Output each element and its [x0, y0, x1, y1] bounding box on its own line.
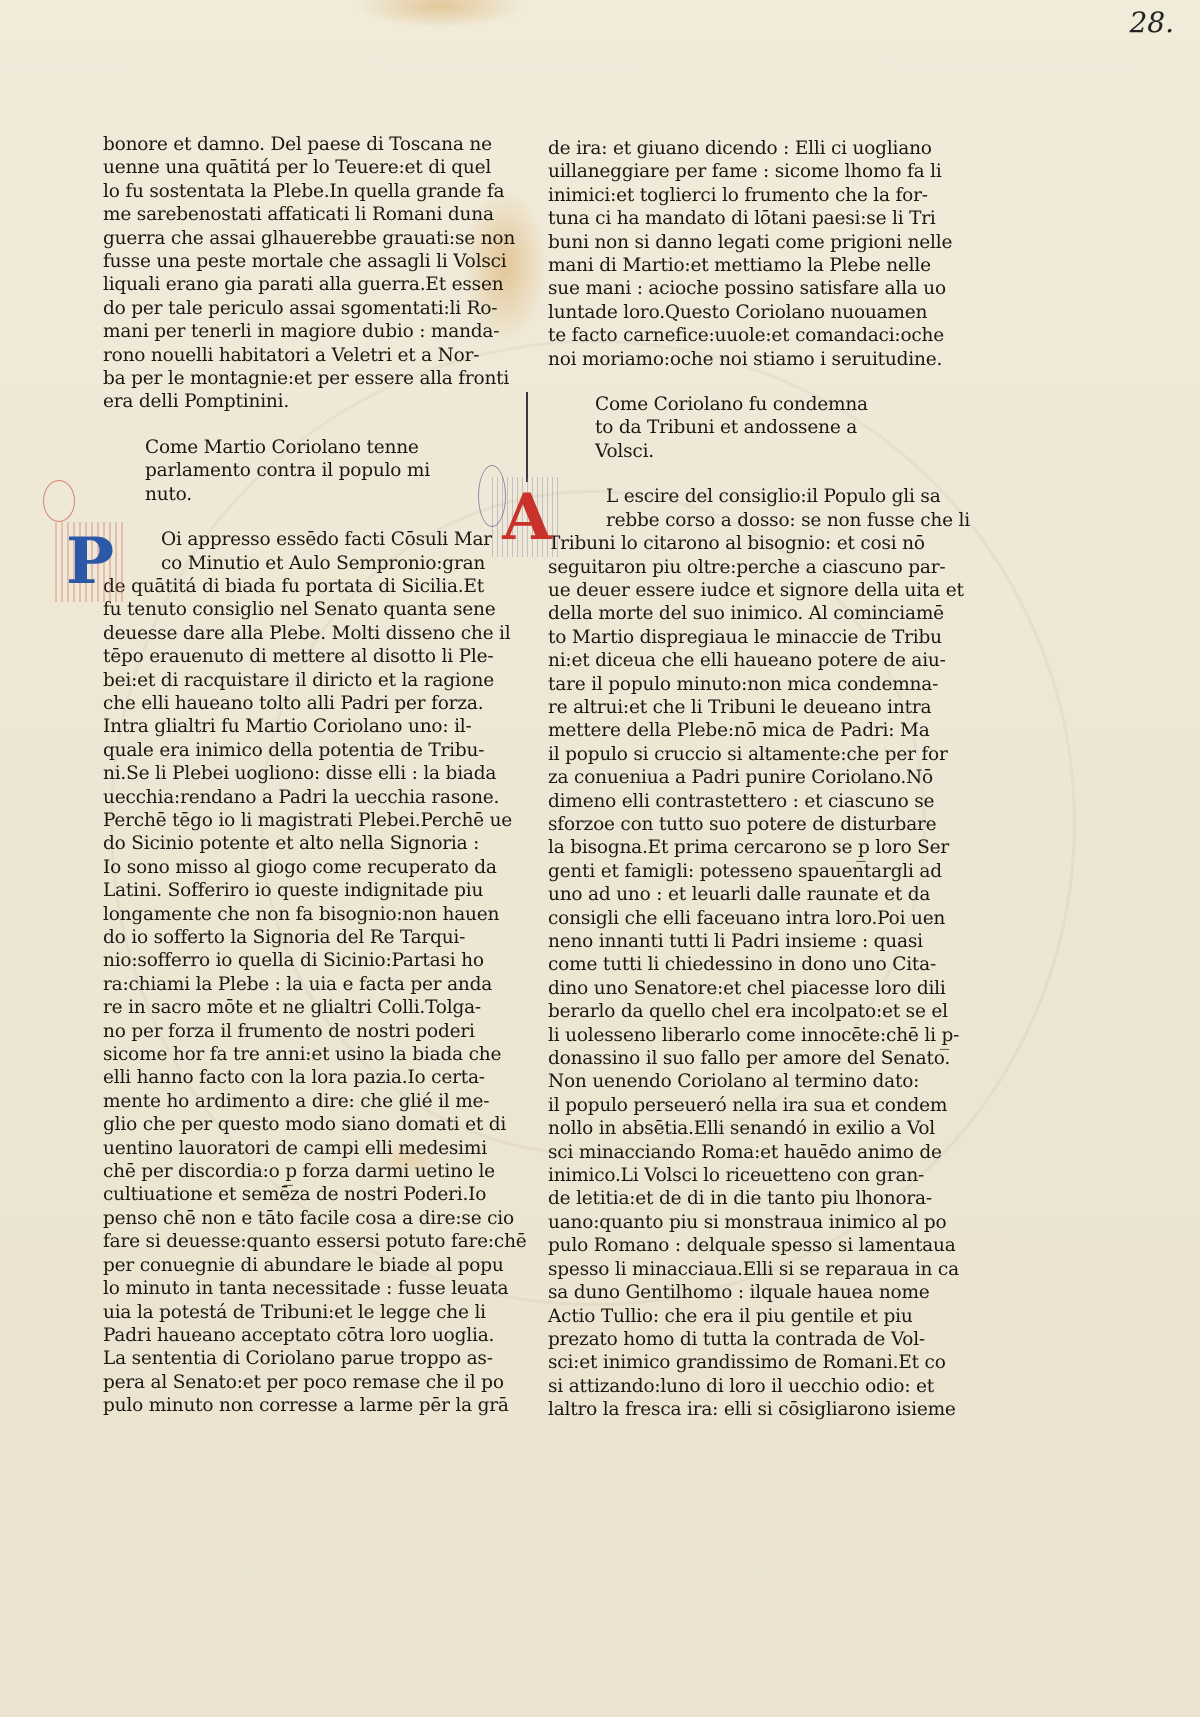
text-line: nio:sofferro io quella di Sicinio:Partas…: [103, 949, 463, 972]
text-line: luntade loro.Questo Coriolano nuouamen: [548, 301, 908, 324]
text-line: per conuegnie di abundare le biade al po…: [103, 1254, 463, 1277]
text-line: tuna ci ha mandato di lōtani paesi:se li…: [548, 207, 908, 230]
margin-rule: [526, 392, 528, 482]
text-line: mettere della Plebe:nō mica de Padri: Ma: [548, 719, 908, 742]
text-line: Oi appresso essēdo facti Cōsuli Mar: [103, 528, 463, 551]
text-line: parlamento contra il populo mi: [145, 459, 463, 482]
text-line: mani di Martio:et mettiamo la Plebe nell…: [548, 254, 908, 277]
text-line: guerra che assai glhauerebbe grauati:se …: [103, 227, 463, 250]
text-line: della morte del suo inimico. Al comincia…: [548, 602, 908, 625]
text-line: il populo si cruccio si altamente:che pe…: [548, 743, 908, 766]
text-line: za conueniua a Padri punire Coriolano.Nō: [548, 766, 908, 789]
text-line: Actio Tullio: che era il piu gentile et …: [548, 1305, 908, 1328]
text-line: to da Tribuni et andossene a: [595, 416, 908, 439]
text-line: pulo minuto non corresse a larme pēr la …: [103, 1394, 463, 1417]
text-line: laltro la fresca ira: elli si cōsigliaro…: [548, 1398, 908, 1421]
text-line: Latini. Sofferiro io queste indignitade …: [103, 879, 463, 902]
text-line: uano:quanto piu si monstraua inimico al …: [548, 1211, 908, 1234]
text-line: elli hanno facto con la lora pazia.Io ce…: [103, 1066, 463, 1089]
text-line: consigli che elli faceuano intra loro.Po…: [548, 907, 908, 930]
text-line: li uolesseno liberarlo come innocēte:chē…: [548, 1024, 908, 1047]
text-line: inimico.Li Volsci lo riceuetteno con gra…: [548, 1164, 908, 1187]
text-line: rono nouelli habitatori a Veletri et a N…: [103, 344, 463, 367]
text-line: genti et famigli: potesseno spauentargli…: [548, 860, 908, 883]
text-line: sci minacciando Roma:et hauēdo animo de: [548, 1141, 908, 1164]
text-line: si attizando:luno di loro il uecchio odi…: [548, 1375, 908, 1398]
text-line: de quātitá di biada fu portata di Sicili…: [103, 575, 463, 598]
text-line: La sententia di Coriolano parue troppo a…: [103, 1347, 463, 1370]
text-line: ni:et diceua che elli haueano potere de …: [548, 649, 908, 672]
right-chapter-heading: Come Coriolano fu condemnato da Tribuni …: [595, 393, 908, 463]
text-line: noi moriamo:oche noi stiamo i seruitudin…: [548, 348, 908, 371]
text-line: bonore et damno. Del paese di Toscana ne: [103, 133, 463, 156]
text-line: Non uenendo Coriolano al termino dato:: [548, 1070, 908, 1093]
text-line: la bisogna.Et prima cercarono se p̲ loro…: [548, 836, 908, 859]
text-line: tēpo erauenuto di mettere al disotto li …: [103, 645, 463, 668]
text-line: lo minuto in tanta necessitade : fusse l…: [103, 1277, 463, 1300]
text-line: re in sacro mōte et ne glialtri Colli.To…: [103, 996, 463, 1019]
text-line: cultiuatione et semēza de nostri Poderi.…: [103, 1183, 463, 1206]
text-line: ni.Se li Plebei uogliono: disse elli : l…: [103, 762, 463, 785]
text-line: te facto carnefice:uuole:et comandaci:oc…: [548, 324, 908, 347]
decorative-flourish-icon: [478, 465, 506, 527]
text-line: Padri haueano acceptato cōtra loro uogli…: [103, 1324, 463, 1347]
text-line: no per forza il frumento de nostri poder…: [103, 1020, 463, 1043]
illuminated-initial-p: P: [55, 522, 125, 602]
text-line: dino uno Senatore:et chel piacesse loro …: [548, 977, 908, 1000]
text-line: do Sicinio potente et alto nella Signori…: [103, 832, 463, 855]
right-column: de ira: et giuano dicendo : Elli ci uogl…: [548, 137, 908, 1422]
text-line: sa duno Gentilhomo : ilquale hauea nome: [548, 1281, 908, 1304]
text-line: do per tale periculo assai sgomentati:li…: [103, 297, 463, 320]
text-line: to Martio dispregiaua le minaccie de Tri…: [548, 626, 908, 649]
text-line: uno ad uno : et leuarli dalle raunate et…: [548, 883, 908, 906]
text-line: quale era inimico della potentia de Trib…: [103, 739, 463, 762]
text-line: spesso li minacciaua.Elli si se reparaua…: [548, 1258, 908, 1281]
decorative-flourish-icon: [43, 480, 75, 522]
text-line: ra:chiami la Plebe : la uia e facta per …: [103, 973, 463, 996]
text-line: donassino il suo fallo per amore del Sen…: [548, 1047, 908, 1070]
text-line: mente ho ardimento a dire: che glié il m…: [103, 1090, 463, 1113]
page-number: 28.: [1129, 6, 1174, 39]
text-line: ba per le montagnie:et per essere alla f…: [103, 367, 463, 390]
text-line: nuto.: [145, 483, 463, 506]
text-line: uia la potestá de Tribuni:et le legge ch…: [103, 1301, 463, 1324]
text-line: il populo perseueró nella ira sua et con…: [548, 1094, 908, 1117]
text-line: fusse una peste mortale che assagli li V…: [103, 250, 463, 273]
text-line: seguitaron piu oltre:perche a ciascuno p…: [548, 556, 908, 579]
text-line: liquali erano gia parati alla guerra.Et …: [103, 273, 463, 296]
text-line: glio che per questo modo siano domati et…: [103, 1113, 463, 1136]
text-line: dimeno elli contrastettero : et ciascuno…: [548, 790, 908, 813]
text-line: do io sofferto la Signoria del Re Tarqui…: [103, 926, 463, 949]
text-line: me sarebenostati affaticati li Romani du…: [103, 203, 463, 226]
text-line: penso chē non e tāto facile cosa a dire:…: [103, 1207, 463, 1230]
left-column: bonore et damno. Del paese di Toscana ne…: [103, 133, 463, 1418]
text-line: ue deuer essere iudce et signore della u…: [548, 579, 908, 602]
text-line: uecchia:rendano a Padri la uecchia rason…: [103, 786, 463, 809]
left-paragraph-2: P Oi appresso essēdo facti Cōsuli Marco …: [103, 528, 463, 1417]
text-line: tare il populo minuto:non mica condemna-: [548, 673, 908, 696]
text-line: inimici:et toglierci lo frumento che la …: [548, 184, 908, 207]
text-line: Perchē tēgo io li magistrati Plebei.Perc…: [103, 809, 463, 832]
text-line: berarlo da quello chel era incolpato:et …: [548, 1000, 908, 1023]
text-line: sforzoe con tutto suo potere de disturba…: [548, 813, 908, 836]
text-line: Io sono misso al giogo come recuperato d…: [103, 856, 463, 879]
text-line: co Minutio et Aulo Sempronio:gran: [103, 552, 463, 575]
text-line: fare si deuesse:quanto essersi potuto fa…: [103, 1230, 463, 1253]
right-paragraph-2: A L escire del consiglio:il Populo gli s…: [548, 485, 908, 1421]
text-line: mani per tenerli in magiore dubio : mand…: [103, 320, 463, 343]
text-line: neno innanti tutti li Padri insieme : qu…: [548, 930, 908, 953]
text-line: rebbe corso a dosso: se non fusse che li: [548, 509, 908, 532]
text-line: uillaneggiare per fame : sicome lhomo fa…: [548, 160, 908, 183]
right-paragraph-1: de ira: et giuano dicendo : Elli ci uogl…: [548, 137, 908, 371]
text-line: Tribuni lo citarono al bisognio: et cosi…: [548, 532, 908, 555]
text-line: sue mani : acioche possino satisfare all…: [548, 277, 908, 300]
text-line: che elli haueano tolto alli Padri per fo…: [103, 692, 463, 715]
text-line: longamente che non fa bisognio:non hauen: [103, 903, 463, 926]
text-line: fu tenuto consiglio nel Senato quanta se…: [103, 598, 463, 621]
text-line: uentino lauoratori de campi elli medesim…: [103, 1137, 463, 1160]
text-line: de ira: et giuano dicendo : Elli ci uogl…: [548, 137, 908, 160]
manuscript-page: 28. bonore et damno. Del paese di Toscan…: [0, 0, 1200, 1717]
text-line: buni non si danno legati come prigioni n…: [548, 231, 908, 254]
text-line: nollo in absētia.Elli senandó in exilio …: [548, 1117, 908, 1140]
text-line: era delli Pomptinini.: [103, 390, 463, 413]
text-line: pulo Romano : delquale spesso si lamenta…: [548, 1234, 908, 1257]
text-line: uenne una quātitá per lo Teuere:et di qu…: [103, 156, 463, 179]
text-line: sci:et inimico grandissimo de Romani.Et …: [548, 1351, 908, 1374]
text-line: de letitia:et de di in die tanto piu lho…: [548, 1187, 908, 1210]
text-line: bei:et di racquistare il diricto et la r…: [103, 669, 463, 692]
text-line: lo fu sostentata la Plebe.In quella gran…: [103, 180, 463, 203]
text-line: Volsci.: [595, 440, 908, 463]
text-line: prezato homo di tutta la contrada de Vol…: [548, 1328, 908, 1351]
text-line: chē per discordia:o p̲ forza darmi uetin…: [103, 1160, 463, 1183]
text-line: pera al Senato:et per poco remase che il…: [103, 1371, 463, 1394]
text-line: sicome hor fa tre anni:et usino la biada…: [103, 1043, 463, 1066]
text-line: re altrui:et che li Tribuni le deueano i…: [548, 696, 908, 719]
text-line: L escire del consiglio:il Populo gli sa: [548, 485, 908, 508]
text-line: Come Martio Coriolano tenne: [145, 436, 463, 459]
text-line: deuesse dare alla Plebe. Molti disseno c…: [103, 622, 463, 645]
left-paragraph-1: bonore et damno. Del paese di Toscana ne…: [103, 133, 463, 414]
text-line: Intra glialtri fu Martio Coriolano uno: …: [103, 715, 463, 738]
text-line: Come Coriolano fu condemna: [595, 393, 908, 416]
left-chapter-heading: Come Martio Coriolano tenneparlamento co…: [145, 436, 463, 506]
text-line: come tutti li chiedessino in dono uno Ci…: [548, 953, 908, 976]
